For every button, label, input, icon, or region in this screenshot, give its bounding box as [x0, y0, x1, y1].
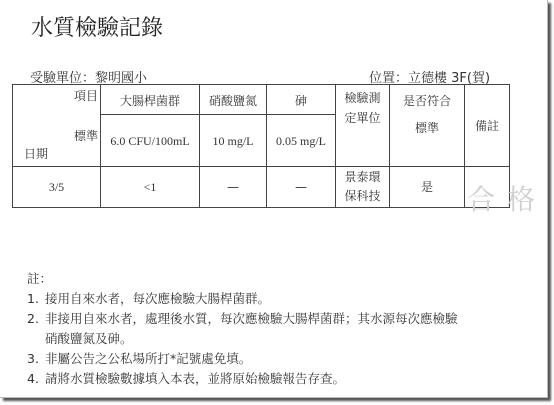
- row-date: 3/5: [13, 167, 100, 207]
- row-arsenic: —: [267, 167, 335, 207]
- table-border-bottom: [12, 207, 510, 208]
- corner-date-label: 日期: [24, 144, 64, 164]
- row-nitrate: —: [200, 167, 266, 207]
- compliance-header-line-2: 標準: [415, 115, 439, 142]
- col-header-nitrate: 硝酸鹽氮: [200, 89, 266, 113]
- note-text: 非接用自來水者，處理後水質，每次應檢驗大腸桿菌群；其水源每次應檢驗: [45, 309, 458, 329]
- row-lab-line-1: 景泰環: [344, 168, 380, 187]
- document-page: 水質檢驗記錄 受驗單位：黎明國小 位置：立德樓 3F(賀) 項目 標準 日期 大…: [0, 0, 548, 398]
- corner-standard-label: 標準: [60, 126, 98, 146]
- row-lab-line-2: 保科技: [344, 187, 380, 206]
- standard-nitrate: 10 mg/L: [200, 115, 266, 166]
- row-lab: 景泰環 保科技: [336, 167, 389, 207]
- col-header-coliform: 大腸桿菌群: [101, 89, 199, 113]
- note-text: 接用自來水者，每次應檢驗大腸桿菌群。: [45, 289, 270, 309]
- row-compliant: 是: [390, 167, 464, 207]
- col-header-remarks: 備註: [465, 85, 509, 166]
- note-number: 3.: [27, 349, 45, 369]
- notes-heading: 註：: [27, 269, 458, 289]
- col-header-lab: 檢驗測 定單位: [336, 88, 389, 132]
- note-item-4: 4. 請將水質檢驗數據填入本表，並將原始檢驗報告存查。: [27, 369, 458, 389]
- note-text: 請將水質檢驗數據填入本表，並將原始檢驗報告存查。: [45, 369, 345, 389]
- lab-header-line-2: 定單位: [344, 108, 380, 128]
- row-coliform: <1: [101, 167, 199, 207]
- document-title: 水質檢驗記錄: [31, 11, 163, 42]
- col-header-arsenic: 砷: [267, 89, 335, 113]
- note-item-2-continued: 硝酸鹽氮及砷。: [27, 329, 458, 349]
- compliance-header-line-1: 是否符合: [403, 88, 451, 115]
- col-header-compliance: 是否符合 標準: [390, 88, 464, 148]
- note-item-2: 2. 非接用自來水者，處理後水質，每次應檢驗大腸桿菌群；其水源每次應檢驗: [27, 309, 458, 329]
- lab-header-line-1: 檢驗測: [344, 88, 380, 108]
- note-item-3: 3. 非屬公告之公私場所打*記號處免填。: [27, 349, 458, 369]
- note-number: 4.: [27, 369, 45, 389]
- note-number: 1.: [27, 289, 45, 309]
- corner-item-label: 項目: [60, 86, 98, 106]
- notes-section: 註： 1. 接用自來水者，每次應檢驗大腸桿菌群。 2. 非接用自來水者，處理後水…: [27, 269, 458, 389]
- note-text: 非屬公告之公私場所打*記號處免填。: [45, 349, 251, 369]
- standard-arsenic: 0.05 mg/L: [267, 115, 335, 166]
- note-number: 2.: [27, 309, 45, 329]
- table-border-top: [12, 84, 510, 85]
- pass-stamp: 合格: [467, 178, 547, 218]
- standard-coliform: 6.0 CFU/100mL: [101, 115, 199, 166]
- note-item-1: 1. 接用自來水者，每次應檢驗大腸桿菌群。: [27, 289, 458, 309]
